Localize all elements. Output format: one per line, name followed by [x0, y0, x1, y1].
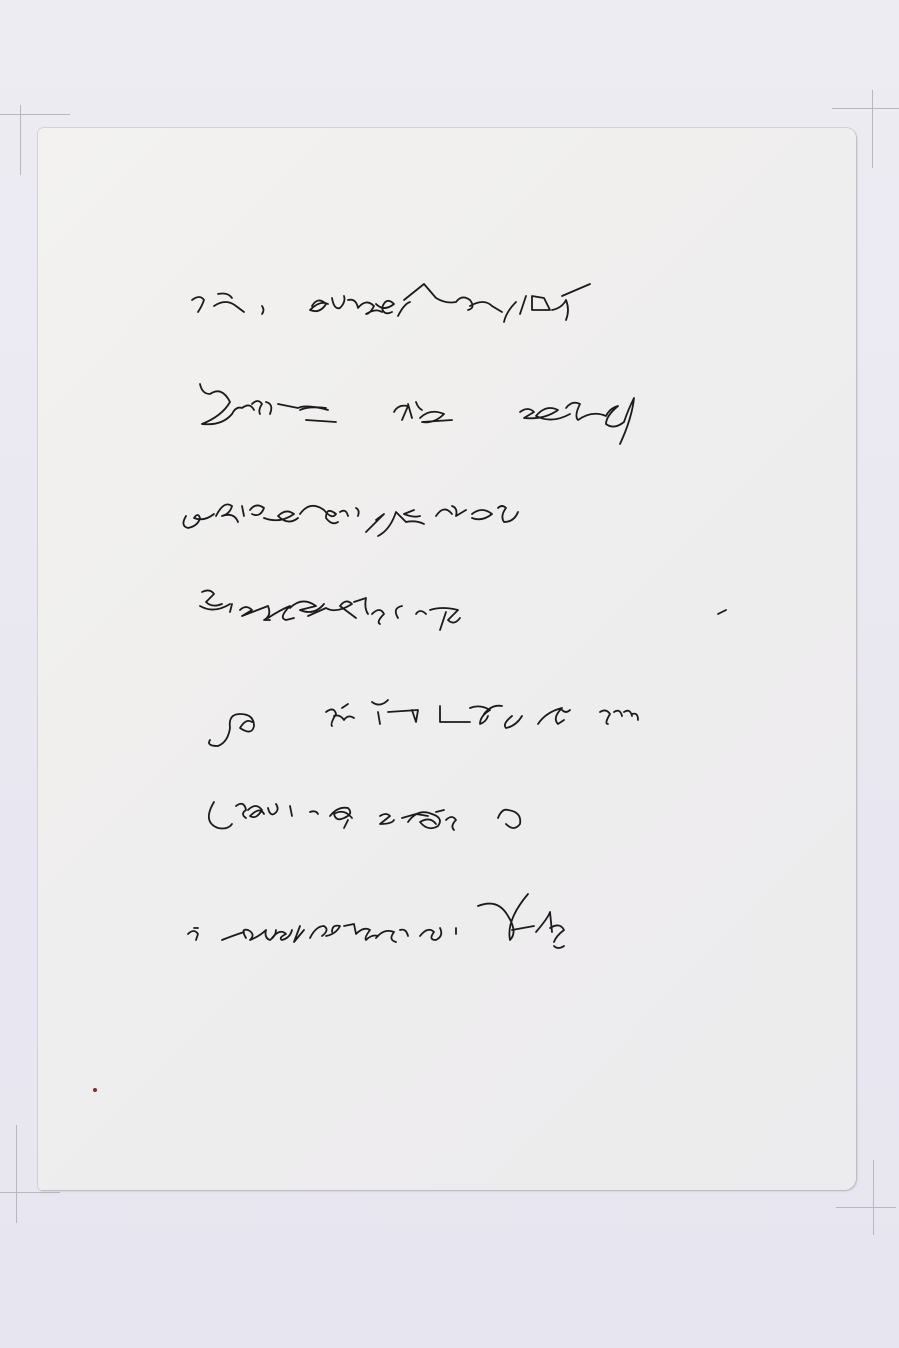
handwriting-line-4	[200, 590, 726, 630]
handwriting-line-5	[209, 700, 638, 746]
handwriting-line-7	[188, 894, 564, 948]
handwriting-line-2	[200, 384, 634, 444]
handwriting-line-3	[183, 504, 518, 536]
handwriting-line-1	[192, 284, 590, 322]
handwriting-strokes	[0, 0, 899, 1348]
handwriting-line-6	[209, 802, 520, 830]
